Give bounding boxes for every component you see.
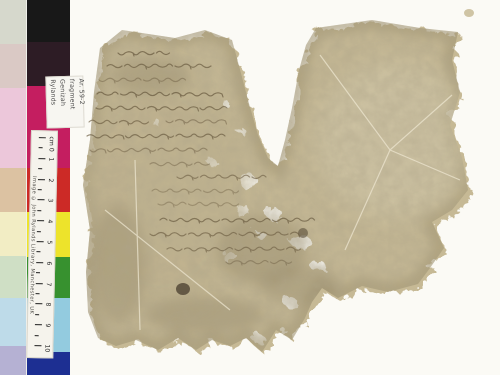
ruler-number: 7 <box>45 282 52 286</box>
ruler-tick-major <box>37 241 44 242</box>
ruler-tick-minor <box>38 168 42 169</box>
ruler-tick-minor <box>37 210 41 211</box>
ruler-tick-minor <box>38 189 42 190</box>
ruler-tick-minor <box>36 272 40 273</box>
ruler-number: 6 <box>45 261 52 265</box>
ruler-number: 1 <box>47 157 54 161</box>
ruler-number: 2 <box>47 178 54 182</box>
fragment-speck <box>464 9 474 17</box>
ruler-number: 3 <box>46 199 53 203</box>
ruler-tick-minor <box>36 293 40 294</box>
ruler-tick-minor <box>35 335 39 336</box>
ruler-number: 10 <box>43 344 50 352</box>
ruler-tick-major <box>39 137 46 138</box>
ruler-tick-major <box>38 158 45 159</box>
cm-ruler: Image © John Rylands Library, Manchester… <box>26 130 58 359</box>
digitized-manuscript-photo: Rylands Genizah fragment Ar. 59-2 Image … <box>0 0 500 375</box>
ruler-tick-minor <box>37 231 41 232</box>
ruler-tick-major <box>36 283 43 284</box>
ruler-tick-major <box>35 304 42 305</box>
fragment-texture <box>70 10 480 365</box>
ruler-tick-major <box>35 324 42 325</box>
ruler-number: 5 <box>46 240 53 244</box>
ruler-tick-major <box>36 262 43 263</box>
ruler-tick-minor <box>39 148 43 149</box>
ruler-number: 9 <box>44 324 51 328</box>
ruler-number: 4 <box>46 220 53 224</box>
ruler-tick-major <box>38 200 45 201</box>
ruler-number: cm 0 <box>48 136 55 151</box>
ruler-tick-major <box>37 220 44 221</box>
ruler-tick-major <box>38 179 45 180</box>
shelfmark-line: Ar. 59-2 <box>76 78 86 124</box>
shelfmark-line: Genizah <box>57 79 67 125</box>
ink-stain <box>176 283 190 295</box>
ruler-tick-major <box>34 345 41 346</box>
shelfmark-line: Rylands <box>47 79 57 125</box>
ruler-tick-minor <box>36 252 40 253</box>
shelfmark-line: fragment <box>66 79 76 125</box>
ruler-number: 8 <box>44 303 51 307</box>
manuscript-fragment <box>0 0 500 375</box>
shelfmark-label: Rylands Genizah fragment Ar. 59-2 <box>45 76 84 129</box>
ruler-tick-minor <box>35 314 39 315</box>
